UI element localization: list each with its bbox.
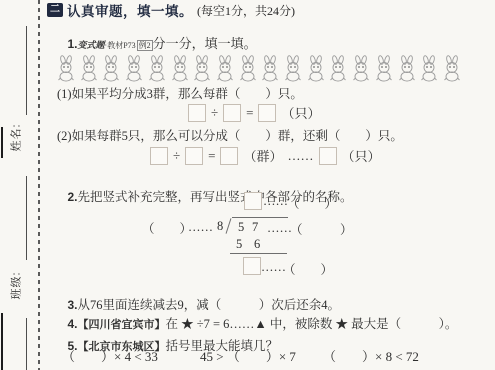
label-dots: …… — [188, 220, 213, 235]
divisor-digit: 8 — [217, 219, 223, 234]
rabbit-icon — [374, 55, 394, 82]
rabbit-icon — [170, 55, 190, 82]
question-1-number: 1. — [68, 37, 78, 51]
question-1-sub2: (2)如果每群5只，那么可以分成（ ）群，还剩（ ）只。 — [57, 129, 403, 144]
question-1-sub2-equation: ÷=（群）……（只） — [150, 146, 381, 165]
worksheet-page: 姓名: 班级: 二认真审题，填一填。(每空1分，共24分) 1.变式题·教材P7… — [0, 0, 495, 370]
answer-box — [258, 104, 276, 122]
rabbit-icon — [124, 55, 144, 82]
rabbit-icon — [192, 55, 212, 82]
binding-line-segment — [26, 176, 27, 260]
rabbit-icon — [397, 55, 417, 82]
rabbit-icon — [56, 55, 76, 82]
unit-label: （只） — [281, 103, 320, 122]
rabbit-icon — [351, 55, 371, 82]
unit-label: （群） — [243, 146, 282, 165]
answer-box — [150, 147, 168, 165]
variant-badge: 变式题 — [78, 40, 105, 50]
label-dots: …… — [267, 221, 292, 236]
question-5-expression: 45 > （ ）× 7 — [200, 346, 296, 365]
product-tens-digit: 5 — [236, 237, 242, 252]
binding-line-segment — [26, 26, 27, 115]
quotient-answer-box — [244, 192, 262, 210]
section-header: 二认真审题，填一填。(每空1分，共24分) — [47, 0, 295, 20]
divisor-name-blank: （ ） — [142, 219, 192, 237]
question-5-expression: （ ）× 8 < 72 — [323, 346, 419, 365]
answer-box — [185, 147, 203, 165]
question-1-sub1-equation: ÷=（只） — [188, 103, 321, 122]
dividend-ones-digit: 7 — [252, 220, 258, 235]
student-class-label: 班级: — [8, 265, 21, 307]
divide-sign: ÷ — [173, 148, 180, 164]
rabbit-icon — [215, 55, 235, 82]
question-1-text: 分一分，填一填。 — [153, 36, 257, 51]
equals-sign: = — [246, 105, 253, 121]
question-2-number: 2. — [68, 190, 78, 204]
dividend-name-blank: （ ） — [290, 220, 353, 238]
page-edge-mark — [1, 313, 3, 370]
binding-line-segment — [26, 318, 27, 370]
long-division-diagram: …… （ ） （ ） …… 8 5 7 …… （ ） 5 6 …… （ ） — [140, 191, 375, 283]
divide-sign: ÷ — [211, 105, 218, 121]
page-edge-mark — [1, 127, 3, 158]
rabbit-icon — [306, 55, 326, 82]
question-5-expression: （ ）× 4 < 33 — [62, 346, 158, 365]
quotient-name-blank: （ ） — [287, 194, 337, 212]
label-dots: …… — [263, 194, 288, 209]
rabbit-icon — [419, 55, 439, 82]
subtraction-line — [230, 253, 287, 254]
fold-dashed-line — [38, 0, 40, 370]
answer-box — [220, 147, 238, 165]
student-name-label: 姓名: — [8, 117, 21, 159]
rabbit-row — [56, 53, 462, 82]
question-1-sub1: (1)如果平均分成3群，那么每群（ ）只。 — [57, 87, 303, 102]
example-reference-box: 例2 — [137, 40, 153, 51]
section-title: 认真审题，填一填。 — [67, 0, 193, 20]
answer-box — [319, 147, 337, 165]
rabbit-icon — [283, 55, 303, 82]
remainder-dots: …… — [288, 148, 314, 164]
rabbit-icon — [238, 55, 258, 82]
rabbit-icon — [79, 55, 99, 82]
dividend-tens-digit: 5 — [238, 220, 244, 235]
section-number-icon: 二 — [47, 3, 63, 17]
answer-box — [223, 104, 241, 122]
rabbit-icon — [101, 55, 121, 82]
rabbit-icon — [442, 55, 462, 82]
remainder-name-blank: （ ） — [283, 260, 333, 278]
product-ones-digit: 6 — [254, 237, 260, 252]
rabbit-icon — [328, 55, 348, 82]
remainder-answer-box — [243, 257, 261, 275]
rabbit-icon — [147, 55, 167, 82]
rabbit-icon — [260, 55, 280, 82]
division-bracket-bar — [232, 217, 288, 218]
unit-label: （只） — [342, 146, 381, 165]
answer-box — [188, 104, 206, 122]
equals-sign: = — [208, 148, 215, 164]
section-score-note: (每空1分，共24分) — [197, 2, 295, 19]
textbook-reference: ·教材P73 — [105, 41, 136, 50]
division-bracket-slash — [226, 218, 232, 234]
